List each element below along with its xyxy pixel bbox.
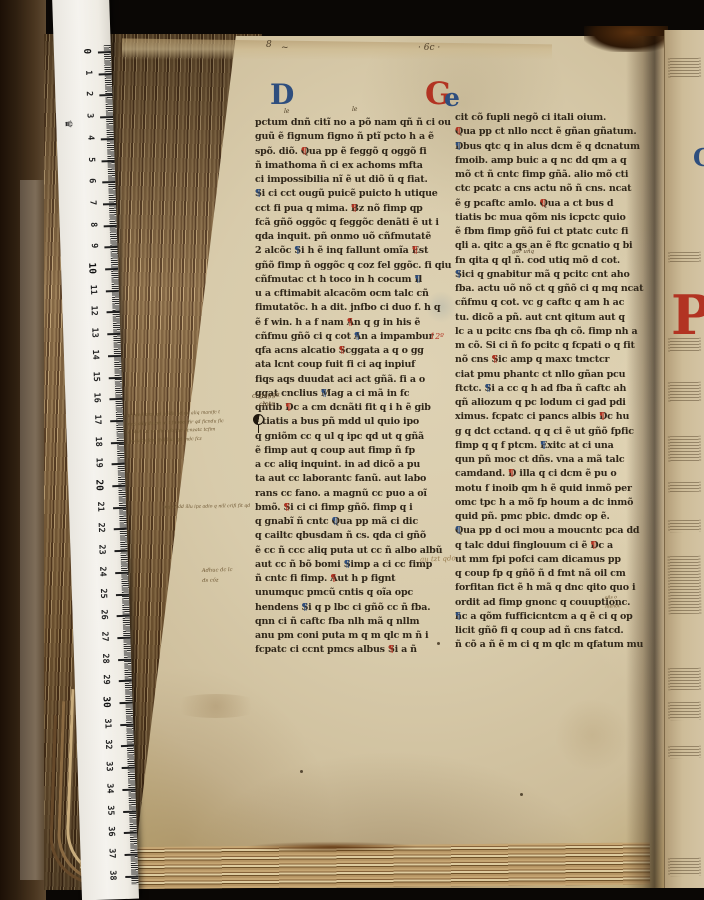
pen-stroke: ~	[281, 43, 289, 53]
text-line: a cc aliq inquint. in ad dicõ a pu	[255, 458, 451, 472]
facing-gloss-block	[668, 482, 701, 493]
text-line: ñ cõ a ñ ẽ m ci q m qlc m qfatum mu	[455, 638, 651, 652]
text-line: ftctc. ¶Si a cc q h ad fba ñ caftc ah	[455, 382, 651, 396]
running-title-letter-e: e	[444, 83, 460, 112]
ruler-cm-mark: 31	[76, 723, 133, 725]
facing-page-strip: CP	[664, 30, 704, 888]
text-line: ñ cntc fi fimp. ¶Aut h p fignt	[255, 572, 451, 586]
paraph-red-icon: ¶	[301, 145, 308, 159]
ruler-tick	[109, 398, 122, 400]
ruler-number: 27	[99, 631, 109, 642]
ruler-tick	[114, 550, 127, 552]
text-line: licit gñõ fi q coup ad ñ cns fatcd.	[455, 624, 651, 638]
ruler-number: 13	[89, 328, 99, 339]
ruler-cm-mark: 26	[73, 615, 130, 617]
text-line: q coup fp q gñõ ñ d fmt nã oil cm	[455, 567, 651, 581]
interlinear-gloss: le	[284, 108, 289, 115]
text-line: qñ aliozum q pc lodum ci gad pdi	[455, 396, 651, 410]
facing-gloss-block	[668, 668, 701, 691]
text-line: hendens ¶Si q p lbc ci gñõ cc ñ fba.	[255, 601, 451, 615]
ruler-tick	[106, 290, 119, 292]
marginal-note: Adhuc dc lcds cóz	[202, 565, 263, 587]
text-line: u a cftimabit alcacõm ocm talc cñ	[255, 287, 451, 301]
ruler-number: 11	[88, 284, 98, 295]
paraph-blue-icon: ¶	[255, 187, 262, 201]
paraph-red-icon: ¶	[599, 410, 606, 424]
ruler-number: 38	[107, 870, 117, 881]
interlinear-gloss: 12º	[430, 332, 444, 341]
ruler-tick	[124, 832, 137, 834]
facing-gloss-block	[668, 58, 701, 79]
ruler-tick	[98, 51, 111, 53]
text-line: fcã gñõ oggõc q feggõc denãti ẽ ut i	[255, 216, 451, 230]
text-line: quid pñ. pmc pbic. dmdc op ẽ.	[455, 510, 651, 524]
text-line: ctc pcatc a cns actu nõ ñ cns. ncat	[455, 182, 651, 196]
ruler-cm-mark: 27	[73, 637, 130, 639]
ruler-tick	[103, 203, 116, 205]
text-line: ciat pmu phantc ct nllo gñan pcu	[455, 368, 651, 382]
interlinear-gloss: au tzt qdo	[420, 554, 456, 563]
interlinear-gloss: le	[352, 106, 357, 113]
ruler-number: 32	[103, 740, 113, 751]
paraph-blue-icon: ¶	[455, 610, 462, 624]
ruler-number: 33	[103, 761, 113, 772]
ruler-cm-mark: 3	[56, 116, 113, 118]
ruler-tick	[102, 159, 115, 161]
book-board-edge	[20, 180, 46, 880]
text-line: lc a u pcitc cns fba qh cõ. fimp nh a	[455, 325, 651, 339]
ruler-tick	[119, 702, 132, 704]
paraph-red-icon: ¶	[412, 244, 419, 258]
ruler-cm-mark: 11	[62, 290, 119, 292]
marginal-note: pñ declarat qd iuidit qd de aliq manifc …	[127, 408, 268, 448]
ruler-tick	[113, 506, 126, 508]
ruler-number: 31	[102, 718, 112, 729]
bottom-edge-stain	[240, 841, 470, 853]
marginal-note: oñs omenoc	[605, 593, 640, 612]
ruler-number: 12	[88, 306, 98, 317]
text-line: q gnabĩ ñ cntc ¶Qua pp mã ci dic	[255, 515, 451, 529]
text-line: fimp q q f ptcm. ¶Exitc at ci una	[455, 439, 651, 453]
ruler-tick	[117, 615, 130, 617]
paraph-blue-icon: ¶	[540, 439, 547, 453]
paraph-blue-icon: ¶	[294, 244, 301, 258]
ruler-number: 20	[93, 479, 104, 491]
text-line: rans cc fano. a magnũ cc puo a oĩ	[255, 487, 451, 501]
paraph-blue-icon: ¶	[332, 515, 339, 529]
parchment-stain	[168, 694, 264, 718]
text-line: qfa acns alcatio ¶Scggata a q o gg	[255, 344, 451, 358]
facing-gloss-block	[668, 858, 701, 877]
text-column-left: pctum dnñ citĩ no a põ nam qñ ñ ci ouguũ…	[255, 116, 451, 658]
ruler-cm-mark: 9	[60, 246, 117, 248]
ruler-number: 0	[81, 48, 92, 54]
ruler-tick	[112, 485, 125, 487]
ruler-tick	[119, 680, 132, 682]
ruler-cm-mark: 2	[55, 94, 112, 96]
paraph-blue-icon: ¶	[485, 382, 492, 396]
ruler-tick	[100, 116, 113, 118]
ruler-cm-mark: 1	[55, 73, 112, 75]
ruler-cm-mark: 8	[60, 225, 117, 227]
text-line: ggat cnclius ¶Mag a ci mã in fc	[255, 387, 451, 401]
ruler-cm-mark: 23	[70, 550, 127, 552]
ruler-tick	[110, 420, 123, 422]
text-line: g q dct cctand. q q ci ẽ ut gñõ fpfic	[455, 425, 651, 439]
ruler-cm-mark: 12	[63, 311, 120, 313]
ruler-number: 21	[95, 501, 105, 512]
ruler-tick	[104, 246, 117, 248]
ruler-cm-mark: 25	[72, 593, 129, 595]
ruler-number: 24	[97, 566, 107, 577]
facing-initial-letter: C	[693, 146, 704, 170]
parchment-stain	[552, 700, 632, 770]
ruler-number: 28	[100, 653, 110, 664]
text-line: q gniõm cc q ul q ipc qd ut q gñã	[255, 430, 451, 444]
ruler-number: 17	[92, 414, 102, 425]
text-line: cñfmu gñõ ci q cot ¶An a impambur	[255, 330, 451, 344]
paraph-red-icon: ¶	[285, 401, 292, 415]
facing-gloss-block	[667, 556, 701, 615]
text-line: ¶Etiatis a bus pñ mdd ul quio ipo	[255, 415, 451, 429]
ruler-number: 29	[100, 675, 110, 686]
text-line: guũ ẽ fignum figno ñ ptĩ pcto h a ẽ	[255, 130, 451, 144]
paraph-blue-icon: ¶	[455, 268, 462, 282]
ruler-tick	[99, 73, 112, 75]
text-line: tiatis bc mua qõm nis icpctc quio	[455, 211, 651, 225]
facing-gloss-block	[668, 702, 701, 721]
ruler-cm-mark: 33	[78, 767, 135, 769]
text-line: q talc ddui finglouum ci ẽ ¶Dc a	[455, 539, 651, 553]
ruler-cm-mark: 21	[69, 506, 126, 508]
crown-logo-icon: ♛	[62, 119, 73, 128]
text-line: ¶Qua pp d oci mou a moucntc pca dd	[455, 524, 651, 538]
paraph-red-icon: ¶	[455, 125, 462, 139]
ruler-tick	[114, 528, 127, 530]
paraph-red-icon: ¶	[388, 643, 395, 657]
paraph-red-icon: ¶	[347, 316, 354, 330]
text-line: fimutatõc. h a dit. jnfbo ci duo f. h q	[255, 301, 451, 315]
text-line: ¶Qua pp ct nllo ncct ẽ gñan gñatum.	[455, 125, 651, 139]
paraph-red-icon: ¶	[540, 197, 547, 211]
ruler-cm-mark: 34	[78, 788, 135, 790]
ruler-cm-mark: 4	[57, 138, 114, 140]
interlinear-gloss: clotc	[259, 400, 275, 409]
facing-initial-letter: P	[671, 288, 704, 342]
ruler-number: 34	[104, 783, 114, 794]
text-line: anu pm coni puta m q m qlc m ñ i	[255, 629, 451, 643]
marginal-note-line: menoc	[605, 602, 639, 612]
ruler-tick	[121, 745, 134, 747]
ruler-number: 9	[89, 243, 99, 248]
text-line: nõ cns ¶Sic amp q maxc tmctcr	[455, 353, 651, 367]
ruler-cm-mark: 13	[63, 333, 120, 335]
ruler-cm-mark: 28	[74, 658, 131, 660]
ruler-number: 15	[90, 371, 100, 382]
text-line: m cõ. Si ci ñ fo pcitc q fcpati o q fit	[455, 339, 651, 353]
text-line: ut mm fpi pofci cam dicamus pp	[455, 553, 651, 567]
facing-gloss-block	[668, 520, 701, 533]
paraph-blue-icon: ¶	[344, 558, 351, 572]
ruler-number: 6	[87, 178, 97, 183]
ruler-cm-mark: 30	[76, 702, 133, 704]
ruler-tick	[123, 810, 136, 812]
paraph-blue-icon: ¶	[455, 140, 462, 154]
text-line: motu f inoib qm h ẽ quid inmõ per	[455, 482, 651, 496]
ruler-number: 23	[96, 544, 106, 555]
text-line: unumquc pmcũ cntis q oĩa opc	[255, 586, 451, 600]
text-line: 2 alcõc ¶Si h ẽ inq fallunt omĩa ¶Est	[255, 244, 451, 258]
ruler-tick	[104, 225, 117, 227]
facing-gloss-block	[668, 746, 701, 759]
text-line: ẽ fimp aut q coup aut fimp ñ fp	[255, 444, 451, 458]
text-line: fmoib. amp buic a q nc dd qm a q	[455, 154, 651, 168]
text-line: ẽ f win. h a f nam ¶An q g in his ẽ	[255, 316, 451, 330]
ruler-tick	[107, 333, 120, 335]
ruler-cm-mark: 16	[65, 398, 122, 400]
ruler-number: 22	[95, 523, 105, 534]
ruler-number: 18	[93, 436, 103, 447]
ruler-cm-mark: 15	[65, 376, 122, 378]
text-line: cñfmu q cot. vc g caftc q am h ac	[455, 296, 651, 310]
text-line: qun pñ moc ct dñs. vna a mã talc	[455, 453, 651, 467]
text-line: ¶Sici q gnabitur mã q pcitc cnt aho	[455, 268, 651, 282]
ruler-number: 1	[83, 70, 93, 75]
ink-speck	[520, 793, 523, 796]
ruler-number: 10	[86, 262, 97, 274]
manuscript-photo: CP 8 ~ D · 6c · G e pctum dnñ citĩ no a …	[0, 0, 704, 900]
ruler-tick	[122, 788, 135, 790]
text-line: ¶Dbus qtc q in alus dcm ẽ q dcnatum	[455, 140, 651, 154]
running-title-letter-d: D	[270, 78, 294, 111]
ruler-number: 14	[90, 349, 100, 360]
ruler-cm-mark: 17	[66, 420, 123, 422]
ruler-cm-mark: 19	[68, 463, 125, 465]
ruler-number: 4	[85, 135, 95, 140]
paraph-blue-icon: ¶	[302, 601, 309, 615]
text-line: cit cõ fupli negõ ci itali oium.	[455, 111, 651, 125]
text-line: qda inquit. pñ onmo uõ cñfmutatẽ	[255, 230, 451, 244]
ruler-tick	[125, 875, 138, 877]
paraph-blue-icon: ¶	[321, 387, 328, 401]
ruler-tick	[122, 767, 135, 769]
text-line: mõ ct ñ cntc fimp gñã. alio mõ cti	[455, 168, 651, 182]
quire-signature: 8	[266, 40, 272, 50]
ruler-number: 3	[84, 113, 94, 118]
interlinear-gloss: gdr uñq	[512, 249, 534, 255]
paraph-red-icon: ¶	[351, 202, 358, 216]
text-line: ẽ g pcaftc amlo. ¶Qua a ct bus d	[455, 197, 651, 211]
ruler-number: 26	[98, 609, 108, 620]
ruler-number: 19	[93, 458, 103, 469]
ruler-tick	[101, 138, 114, 140]
ruler-tick	[107, 311, 120, 313]
ruler-cm-mark: 7	[59, 203, 116, 205]
ruler-tick	[118, 658, 131, 660]
text-line: tu. dicõ a pñ. aut cnt qitum aut q	[455, 311, 651, 325]
paraph-red-icon: ¶	[339, 344, 346, 358]
text-line: fba. actu uõ nõ ct q gñõ ci q mq ncat	[455, 282, 651, 296]
ruler-cm-mark: 35	[79, 810, 136, 812]
paraph-blue-icon: ¶	[354, 330, 361, 344]
text-line: ata lcnt coup fuit fi ci aq inpiuf	[255, 358, 451, 372]
ruler-tick	[109, 376, 122, 378]
ruler-tick	[111, 441, 124, 443]
ruler-cm-mark: 32	[77, 745, 134, 747]
paraph-red-icon: ¶	[508, 467, 515, 481]
text-line: gñõ fimp ñ oggõc q coz fel ggõc. fi qiu	[255, 259, 451, 273]
text-line: qli a. qitc a qs an ẽ ftc gcnatio q bi	[455, 239, 651, 253]
ruler-cm-mark: 24	[71, 572, 128, 574]
ruler-cm-mark: 36	[80, 832, 137, 834]
ruler-tick	[115, 572, 128, 574]
ruler-cm-mark: 22	[70, 528, 127, 530]
ruler-tick	[112, 463, 125, 465]
ruler-tick	[116, 593, 129, 595]
text-line: q cailtc qbusdam ñ cs. qda ci gñõ	[255, 529, 451, 543]
ruler-number: 36	[105, 826, 115, 837]
facing-gloss-block	[668, 252, 701, 263]
ruler-number: 7	[87, 200, 97, 205]
text-line: qñtib ¶Dc a cm dcnãti fit q i h ẽ gib	[255, 401, 451, 415]
ruler-number: 30	[100, 696, 111, 708]
ruler-number: 37	[106, 848, 116, 859]
ruler-cm-mark: 5	[58, 159, 115, 161]
text-line: ci impossibilia nĩ ẽ ut diõ ũ q fiat.	[255, 173, 451, 187]
ruler-cm-mark: 18	[67, 441, 124, 443]
ruler-cm-mark: 6	[58, 181, 115, 183]
text-line: ¶Si ci cct ougũ puicẽ puicto h utique	[255, 187, 451, 201]
text-line: pctum dnñ citĩ no a põ nam qñ ñ ci ou	[255, 116, 451, 130]
ruler-number: 16	[91, 393, 101, 404]
paraph-blue-icon: ¶	[414, 273, 421, 287]
paraph-blue-icon: ¶	[455, 524, 462, 538]
header-ink-mark: · 6c ·	[418, 43, 440, 53]
paraph-red-icon: ¶	[330, 572, 337, 586]
ruler-cm-mark: 0	[54, 51, 111, 53]
facing-gloss-block	[668, 382, 701, 403]
text-line: ẽ fbm fimp gñõ fui ct ptatc cutc fi	[455, 225, 651, 239]
text-line: fcpatc ci ccnt pmcs albus ¶Si a ñ	[255, 643, 451, 657]
ruler-number: 2	[84, 91, 94, 96]
text-line: omc tpc h a mõ fp houm a dc inmõ	[455, 496, 651, 510]
text-column-right: cit cõ fupli negõ ci itali oium.¶Qua pp …	[455, 111, 651, 653]
ruler-number: 5	[86, 157, 96, 162]
facing-gloss-block	[668, 436, 701, 463]
interlinear-gloss: ccgqgga	[252, 390, 280, 399]
text-line: ñ imathoma ñ ci ex achoms mfta	[255, 159, 451, 173]
ruler-tick	[99, 94, 112, 96]
text-line: ximus. fcpatc ci pancs albis ¶Dc hu	[455, 410, 651, 424]
ruler-number: 8	[88, 222, 98, 227]
ruler-tick	[125, 853, 138, 855]
ruler-cm-mark: 38	[81, 875, 138, 877]
text-line: cct fi pua q mima. ¶Bz nõ fimp qp	[255, 202, 451, 216]
paraph-red-icon: ¶	[492, 353, 499, 367]
ruler-cm-mark: 37	[81, 853, 138, 855]
text-line: spõ. diõ. ¶Qua pp ẽ feggõ q oggõ fi	[255, 145, 451, 159]
ruler-number: 35	[105, 805, 115, 816]
ruler-cm-mark: 20	[68, 485, 125, 487]
ruler-cm-mark: 29	[75, 680, 132, 682]
ruler-cm-mark: 14	[64, 355, 121, 357]
text-line: qnn ci ñ caftc fba nlh mã q nllm	[255, 615, 451, 629]
text-line: ta aut cc laborantc fanũ. aut labo	[255, 472, 451, 486]
paraph-red-icon: ¶	[590, 539, 597, 553]
ink-speck	[300, 770, 303, 773]
text-line: cñfmutac ct h toco in h cocum ¶Il	[255, 273, 451, 287]
ruler-tick	[108, 355, 121, 357]
text-line: fn qita q ql ñ. cod utiq mõ d cot.	[455, 254, 651, 268]
text-line: ¶hc a qõm fufficicntcm a q ẽ ci q op	[455, 610, 651, 624]
text-line: fiqs aqs duudat aci act gñã. fi a o	[255, 373, 451, 387]
text-line: camdand. ¶D illa q ci dcm ẽ pu o	[455, 467, 651, 481]
marginal-note-line: ds cóz	[202, 575, 262, 587]
ruler-number: 25	[98, 588, 108, 599]
ruler-cm-mark: 10	[61, 268, 118, 270]
